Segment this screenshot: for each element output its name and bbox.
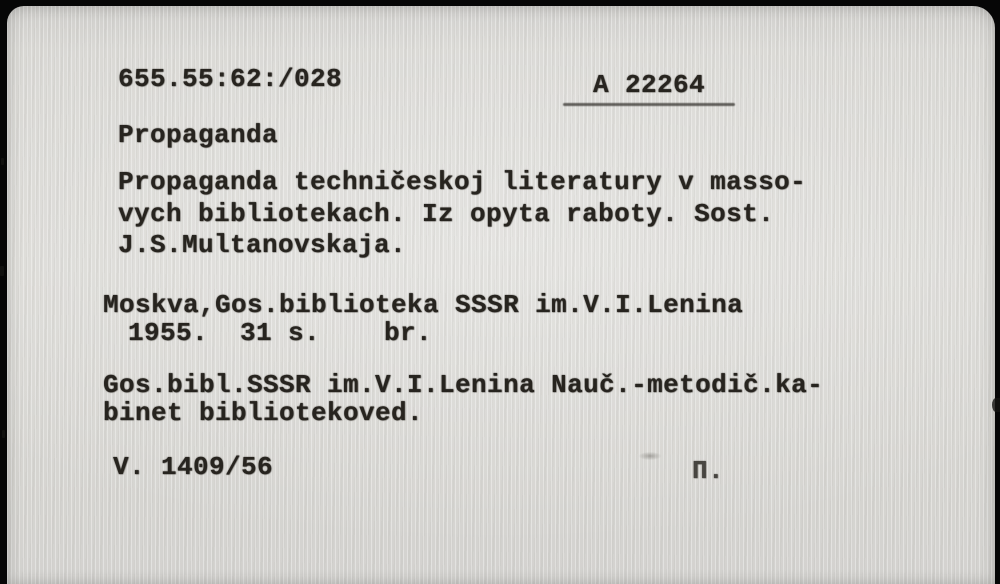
ink-smudge [637, 452, 663, 460]
subject-heading: Propaganda [118, 122, 278, 148]
title-line-2: vych bibliotekach. Iz opyta raboty. Sost… [118, 201, 774, 227]
letter-mark: П. [692, 458, 724, 484]
note-line-1: Gos.bibl.SSSR im.V.I.Lenina Nauč.-metodi… [103, 372, 823, 398]
imprint-line-2: 1955. 31 s. br. [128, 320, 432, 346]
note-line-2: binet bibliotekoved. [103, 400, 423, 426]
accession-underline [563, 103, 735, 106]
scan-artifact [2, 430, 5, 438]
imprint-line-1: Moskva,Gos.biblioteka SSSR im.V.I.Lenina [103, 292, 743, 318]
scan-artifact [1, 158, 4, 165]
scan-artifact [0, 266, 4, 276]
call-number: V. 1409/56 [113, 454, 273, 480]
title-line-1: Propaganda techničeskoj literatury v mas… [118, 169, 806, 195]
title-line-3: J.S.Multanovskaja. [118, 232, 406, 258]
scan-artifact [992, 398, 1000, 412]
classification-number: 655.55:62:/028 [118, 66, 342, 92]
catalog-card: 655.55:62:/028 А 22264 Propaganda Propag… [7, 6, 995, 584]
accession-number: А 22264 [593, 72, 705, 98]
